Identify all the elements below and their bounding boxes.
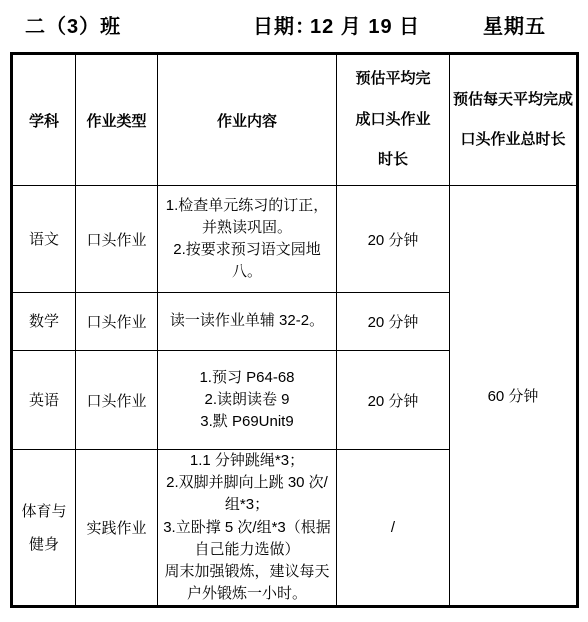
- col-header-type: 作业类型: [76, 54, 158, 186]
- subject-cell: 英语: [12, 351, 76, 450]
- date-value: 12 月 19 日: [310, 10, 420, 39]
- duration-cell: 20 分钟: [337, 293, 450, 351]
- col-header-content: 作业内容: [158, 54, 337, 186]
- content-cell: 1.预习 P64-68 2.读朗读卷 9 3.默 P69Unit9: [158, 351, 337, 450]
- date-label: 日期：: [253, 10, 316, 39]
- content-cell: 1.检查单元练习的订正， 并熟读巩固。 2.按要求预习语文园地 八。: [158, 186, 337, 293]
- homework-table: 学科 作业类型 作业内容 预估平均完 成口头作业 时长 预估每天平均完成 口头作…: [10, 52, 579, 608]
- duration-cell: 20 分钟: [337, 186, 450, 293]
- subject-cell: 体育与 健身: [12, 450, 76, 607]
- type-cell: 实践作业: [76, 450, 158, 607]
- header-row: 学科 作业类型 作业内容 预估平均完 成口头作业 时长 预估每天平均完成 口头作…: [12, 54, 578, 186]
- col-header-total-duration: 预估每天平均完成 口头作业总时长: [450, 54, 578, 186]
- type-cell: 口头作业: [76, 293, 158, 351]
- col-header-subject: 学科: [12, 54, 76, 186]
- total-duration-cell: 60 分钟: [450, 186, 578, 607]
- type-cell: 口头作业: [76, 186, 158, 293]
- table-row-chinese: 语文 口头作业 1.检查单元练习的订正， 并熟读巩固。 2.按要求预习语文园地 …: [12, 186, 578, 293]
- subject-cell: 语文: [12, 186, 76, 293]
- duration-cell: 20 分钟: [337, 351, 450, 450]
- subject-cell: 数学: [12, 293, 76, 351]
- weekday: 星期五: [483, 10, 546, 39]
- sheet-title-bar: 二（3）班 日期： 12 月 19 日 星期五: [0, 0, 588, 52]
- col-header-duration: 预估平均完 成口头作业 时长: [337, 54, 450, 186]
- content-cell: 读一读作业单辅 32-2。: [158, 293, 337, 351]
- type-cell: 口头作业: [76, 351, 158, 450]
- content-cell: 1.1 分钟跳绳*3； 2.双脚并脚向上跳 30 次/ 组*3； 3.立卧撑 5…: [158, 450, 337, 607]
- duration-cell: /: [337, 450, 450, 607]
- class-name: 二（3）班: [25, 10, 121, 39]
- homework-sheet: 二（3）班 日期： 12 月 19 日 星期五 学科 作业类型 作业内容 预估平…: [0, 0, 588, 622]
